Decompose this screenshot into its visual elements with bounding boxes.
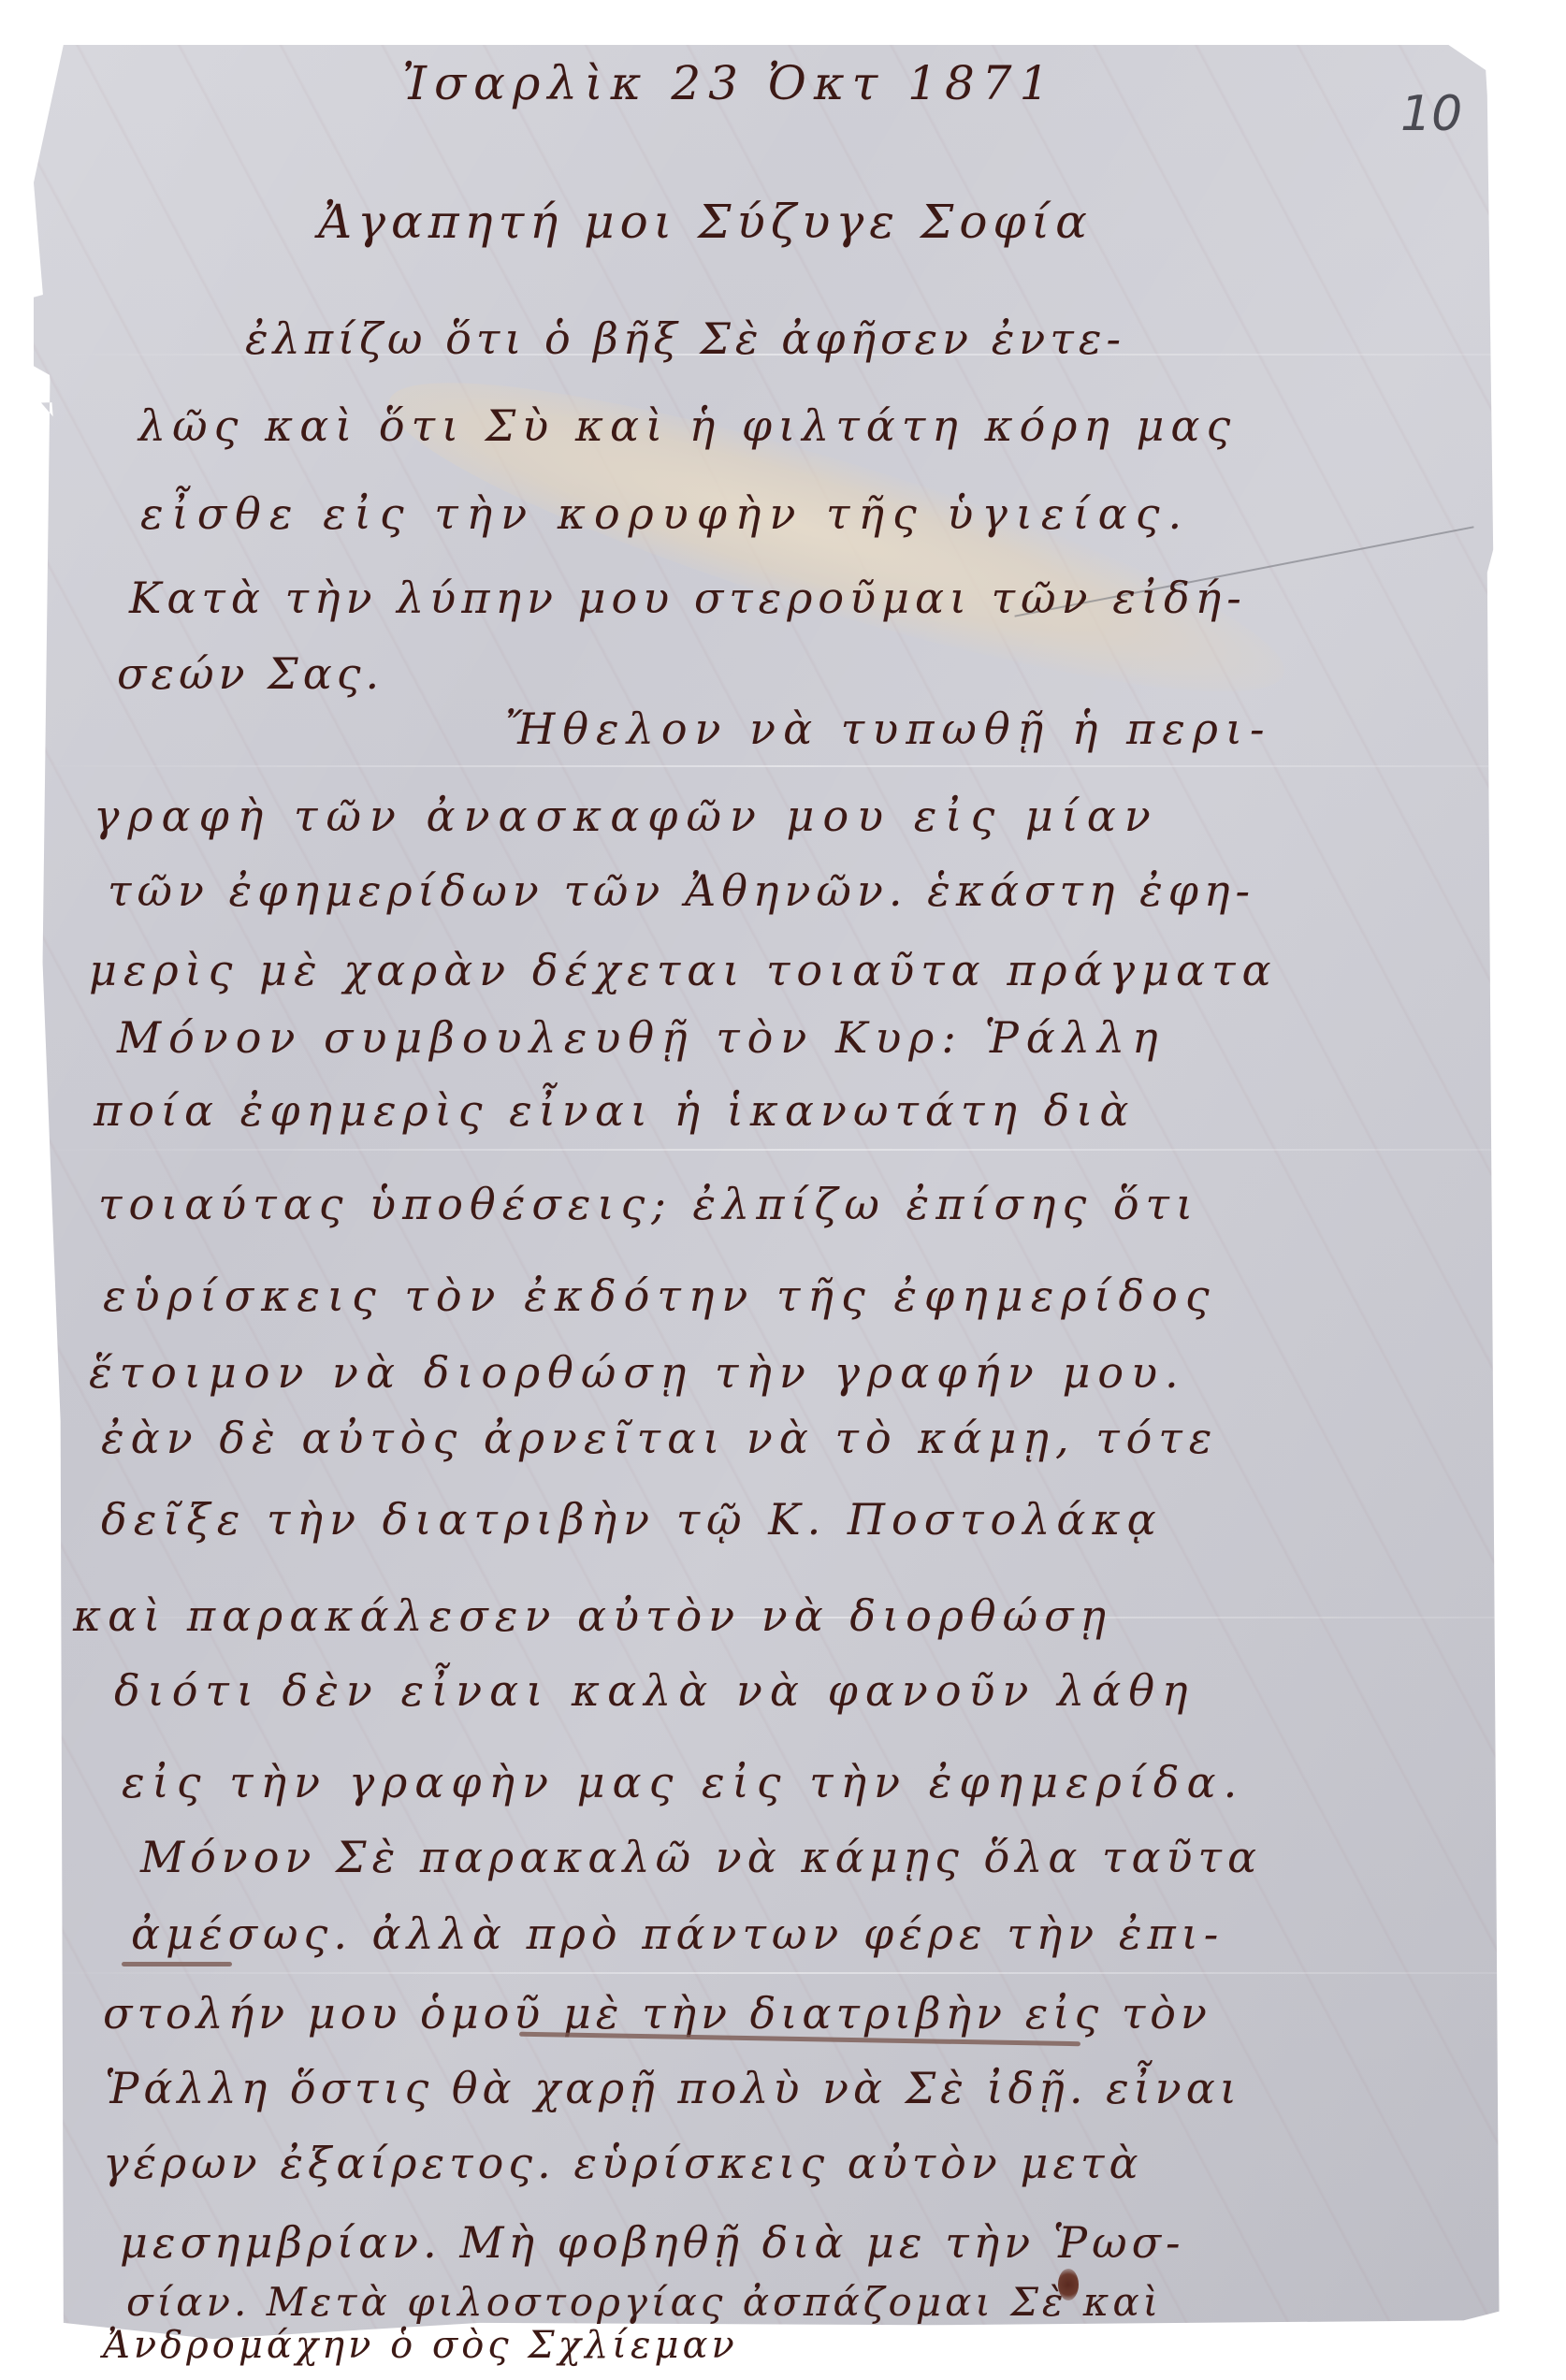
letter-line: λῶς καὶ ὅτι Σὺ καὶ ἡ φιλτάτη κόρη μας	[138, 400, 1237, 451]
fold-line	[34, 765, 1523, 767]
letter-line: ποία ἐφημερὶς εἶναι ἡ ἱκανωτάτη διὰ	[94, 1085, 1135, 1136]
place-date-heading: Ἰσαρλὶκ 23 Ὀκτ 1871	[402, 56, 1056, 110]
letter-line: μεσημβρίαν. Μὴ φοβηθῇ διὰ με τὴν Ῥωσ-	[120, 2217, 1185, 2268]
letter-line: γέρων ἐξαίρετος. εὑρίσκεις αὐτὸν μετὰ	[103, 2138, 1143, 2188]
letter-line: Μόνον συμβουλευθῇ τὸν Κυρ: Ῥάλλη	[117, 1012, 1166, 1063]
letter-line: γραφὴ τῶν ἀνασκαφῶν μου εἰς μίαν	[94, 791, 1159, 841]
letter-line: εἶσθε εἰς τὴν κορυφὴν τῆς ὑγιείας.	[140, 488, 1190, 539]
letter-line: σεών Σας.	[117, 648, 384, 699]
letter-line: Μόνον Σὲ παρακαλῶ νὰ κάμῃς ὅλα ταῦτα	[140, 1832, 1262, 1882]
letter-line: Ἤθελον νὰ τυπωθῇ ἡ περι-	[505, 704, 1272, 754]
underline-amesos	[122, 1962, 232, 1966]
letter-line: καὶ παρακάλεσεν αὐτὸν νὰ διορθώσῃ	[73, 1590, 1112, 1641]
letter-line: Ῥάλλη ὅστις θὰ χαρῇ πολὺ νὰ Σὲ ἰδῇ. εἶνα…	[105, 2063, 1241, 2113]
archive-page-number: 10	[1400, 86, 1462, 142]
letter-line: Κατὰ τὴν λύπην μου στεροῦμαι τῶν εἰδή-	[129, 573, 1247, 623]
letter-line: ἕτοιμον νὰ διορθώσῃ τὴν γραφήν μου.	[89, 1347, 1186, 1398]
letter-line: ἐλπίζω ὅτι ὁ βῆξ Σὲ ἀφῆσεν ἐντε-	[245, 313, 1125, 364]
closing-line-signature: Ἀνδρομάχην ὁ σὸς Σχλίεμαν	[103, 2324, 738, 2367]
letter-line: εὑρίσκεις τὸν ἐκδότην τῆς ἐφημερίδος	[103, 1270, 1217, 1321]
fold-line	[34, 1972, 1523, 1974]
letter-line: μερὶς μὲ χαρὰν δέχεται τοιαῦτα πράγματα	[89, 945, 1278, 995]
letter-line: σίαν. Μετὰ φιλοστοργίας ἀσπάζομαι Σὲ καὶ	[126, 2279, 1162, 2325]
letter-line: στολήν μου ὁμοῦ μὲ τὴν διατριβὴν εἰς τὸν	[103, 1988, 1211, 2039]
letter-line: τοιαύτας ὑποθέσεις; ἐλπίζω ἐπίσης ὅτι	[98, 1179, 1199, 1229]
letter-line: εἰς τὴν γραφὴν μας εἰς τὴν ἐφημερίδα.	[122, 1757, 1244, 1807]
fold-line	[34, 1149, 1523, 1151]
salutation: Ἀγαπητή μοι Σύζυγε Σοφία	[318, 195, 1093, 249]
letter-line: διότι δὲν εἶναι καλὰ νὰ φανοῦν λάθη	[114, 1665, 1196, 1716]
letter-line: ἀμέσως. ἀλλὰ πρὸ πάντων φέρε τὴν ἐπι-	[131, 1908, 1224, 1959]
letter-line: δεῖξε τὴν διατριβὴν τῷ Κ. Ποστολάκᾳ	[101, 1494, 1163, 1545]
letter-line: ἐὰν δὲ αὐτὸς ἀρνεῖται νὰ τὸ κάμῃ, τότε	[101, 1413, 1218, 1463]
letter-line: τῶν ἐφημερίδων τῶν Ἀθηνῶν. ἑκάστη ἐφη-	[108, 865, 1255, 916]
